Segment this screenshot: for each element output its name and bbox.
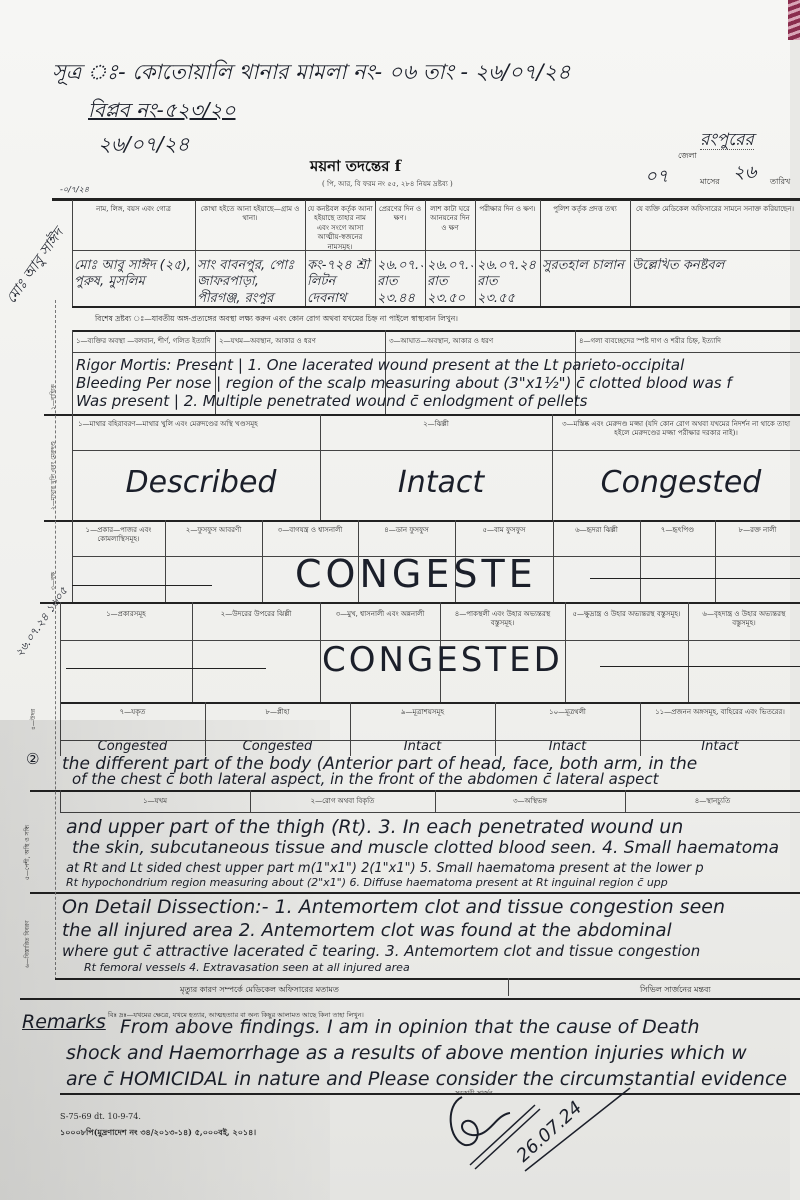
table-column-divider [72, 200, 73, 306]
divider [60, 640, 800, 641]
dash-line [66, 668, 266, 669]
print-order: ১০০০৮পি(মুদ্রণাদেশ নং ৩৪/২০১৩-১৪) ৫,০০০ব… [60, 1127, 256, 1140]
column-divider [553, 520, 554, 602]
divider [20, 998, 800, 1000]
handwritten-line: From above findings. I am in opinion tha… [120, 1018, 700, 1037]
section-header-cell: ১—যখম [60, 797, 250, 806]
section-header-cell: ২—রোগ অথবা বিকৃতি [250, 797, 435, 806]
section-header-cell: ১০—মূত্রথলী [497, 708, 638, 717]
section-header-cell: ৯—মূত্রাশয়সমূহ [352, 708, 493, 717]
section-side-label: ৬—বিস্তারিত বিবরণ [22, 920, 33, 968]
table-cell: উল্লেখিত কনষ্টবল [632, 258, 798, 304]
table-cell: সাং বাবনপুর, পোঃ জাফরপাড়া, পীরগঞ্জ, রংপ… [197, 258, 303, 304]
column-divider [205, 702, 206, 756]
table-header-cell: নাম, লিঙ্গ, বয়স এবং গোত্র [74, 205, 193, 214]
section-side-label: ১—বাহ্যিক [48, 384, 59, 410]
column-divider [320, 414, 321, 520]
column-divider [350, 702, 351, 756]
handwritten-line: On Detail Dissection:- 1. Antemortem clo… [62, 898, 725, 917]
handwritten-line: are c̄ HOMICIDAL in nature and Please co… [66, 1070, 787, 1089]
handwritten-line: shock and Haemorrhage as a results of ab… [66, 1044, 747, 1063]
page-subtitle: ( পি, আর, বি ফরম নং ৫৫, ২৮৪ নিয়ম দ্রষ্ট… [322, 178, 453, 190]
section-side-label: ২—মাথার খুলি এবং মেরুদণ্ড [48, 441, 59, 510]
dash-line [590, 578, 800, 579]
section-header-cell: ২—উদরের উপরের ঝিল্লী [194, 610, 318, 619]
divider [60, 740, 800, 741]
finding-value: Intact [340, 468, 542, 498]
section-header-cell: ৪—ডান ফুসফুস [360, 526, 453, 535]
divider [72, 250, 800, 251]
section-header-cell: ৭—হৃৎপিণ্ড [642, 526, 713, 535]
section-header-cell: ১১—প্রজনন অঙ্গসমূহ, বাহিরের এবং ভিতরের। [642, 708, 798, 717]
table-column-divider [195, 200, 196, 306]
divider [72, 352, 800, 353]
section-header-cell: ২—ঝিল্লী [326, 420, 546, 429]
special-note: বিশেষ দ্রষ্টব্য ঃ—যাবতীয় অঙ্গ-প্রত্যঙ্গ… [95, 314, 458, 326]
column-divider [72, 414, 73, 520]
finding-value: Intact [360, 740, 485, 753]
section-header-cell: ১—ব্যক্তির অবস্থা —বলবান, শীর্ণ, গলিত ইত… [76, 337, 211, 346]
divider [52, 198, 800, 201]
section-header-cell: ৩—মুখ, শ্বাসনালী এবং অন্ননালী [322, 610, 438, 619]
divider [72, 556, 800, 557]
section-header-cell: ৪—গলা ব্যবচ্ছেদের স্পষ্ট দাগ ও শরীর চিহ্… [579, 337, 796, 346]
finding-value: Described [92, 468, 310, 498]
column-divider [72, 520, 73, 602]
day-value: ২৬ [733, 164, 756, 182]
remarks-label: Remarks [22, 1013, 106, 1032]
divider [44, 520, 800, 522]
section-header-cell: ৫—ক্ষুদ্রান্ত্র ও উহার অভ্যন্তরস্থ বস্তু… [567, 610, 686, 619]
finding-value: Congested [215, 740, 340, 753]
district-label: জেলা [678, 150, 697, 163]
handwritten-line: Was present | 2. Multiple penetrated wou… [76, 394, 587, 409]
section-header-cell: ১—মাথার বহিরাবরণ—মাথার খুলি এবং মেরুদণ্ড… [78, 420, 314, 429]
finding-value: Congested [572, 468, 790, 498]
handwritten-line: and upper part of the thigh (Rt). 3. In … [66, 818, 683, 837]
handwritten-line: of the chest c̄ both lateral aspect, in … [72, 772, 659, 787]
handwritten-line: where gut c̄ attractive lacerated c̄ tea… [62, 944, 700, 959]
register-date: ২৬/০৭/২৪ [98, 134, 189, 154]
divider [508, 978, 509, 996]
section-header-cell: ১—প্রকার—পাজর এবং কোমলাস্থিসমূহ। [74, 526, 163, 545]
handwritten-line: Rigor Mortis: Present | 1. One lacerated… [76, 358, 684, 373]
table-column-divider [630, 200, 631, 306]
case-reference-line: সূত্র ঃ- কোতোয়ালি থানার মামলা নং- ০৬ তা… [52, 62, 571, 83]
table-cell: ২৬.০৭.২৪ রাত ২৩.৫০ [427, 258, 473, 304]
table-header-cell: পরীক্ষার দিন ও ক্ষণ। [477, 205, 538, 214]
column-divider [72, 330, 73, 414]
form-code: S-75-69 dt. 10-9-74. [60, 1112, 141, 1121]
table-column-divider [540, 200, 541, 306]
divider [40, 602, 800, 604]
column-divider [640, 520, 641, 602]
finding-value: CONGESTE [295, 555, 537, 593]
finding-value: Intact [505, 740, 630, 753]
column-divider [715, 520, 716, 602]
section-header-cell: ৪—পাকস্থলী এবং উহার অভ্যন্তরস্থ বস্তুসমূ… [442, 610, 563, 629]
handwritten-line: Rt hypochondrium region measuring about … [66, 877, 668, 888]
section-header-cell: ৮—প্লীহা [207, 708, 348, 717]
column-divider [495, 702, 496, 756]
column-divider [565, 602, 566, 702]
section-header-cell: ৬—হৃদরা ঝিল্লী [555, 526, 638, 535]
column-divider [60, 702, 61, 756]
table-column-divider [305, 200, 306, 306]
section-header-cell: ৬—বৃহদান্ত্র ও উহার অভ্যন্তরস্থ বস্তুসমূ… [690, 610, 798, 629]
day-label: তারিখ [770, 176, 790, 189]
table-column-divider [375, 200, 376, 306]
table-header-cell: যে ব্যক্তি মেডিকেল অফিসারের সামনে সনাক্ত… [632, 205, 798, 214]
finding-value: Congested [70, 740, 195, 753]
district-value: রংপুরের [700, 132, 754, 150]
column-divider [320, 602, 321, 702]
opinion-header-right: সিভিল সার্জনের মন্তব্য [640, 984, 711, 997]
section-header-cell: ২—ফুসফুস আবরণী [167, 526, 260, 535]
page-title: ময়না তদন্তের f [310, 155, 401, 180]
table-header-cell: কোথা হইতে আনা হইয়াছে—গ্রাম ও থানা। [197, 205, 303, 224]
divider [60, 702, 800, 704]
table-column-divider [425, 200, 426, 306]
section-header-cell: ৫—বাম ফুসফুস [457, 526, 551, 535]
column-divider [640, 702, 641, 756]
divider [60, 812, 800, 813]
section-header-cell: ৩—আঘাত—অবস্থান, আকার ও ধরণ [389, 337, 571, 346]
column-divider [192, 602, 193, 702]
column-divider [552, 414, 553, 520]
column-divider [165, 520, 166, 602]
table-cell: ২৬.০৭.২৪ রাত ২৩.৫৫ [477, 258, 538, 304]
divider [55, 978, 800, 980]
divider [72, 306, 800, 308]
table-cell: কং-৭২৪ শ্রী লিটন দেবনাথ [307, 258, 373, 304]
handwritten-line: Rt femoral vessels 4. Extravasation seen… [84, 962, 410, 973]
month-label: মাসের [700, 176, 720, 189]
section-side-label: ৪—উদর [28, 709, 39, 730]
section-header-cell: ৪—স্থানচ্যুতি [625, 797, 800, 806]
section-header-cell: ৩—মস্তিষ্ক এবং মেরুদণ্ড মজ্জা (যদি কোন র… [558, 420, 794, 439]
finding-value: Intact [650, 740, 790, 753]
column-divider [688, 602, 689, 702]
divider [30, 790, 800, 792]
handwritten-line: at Rt and Lt sided chest upper part m(1"… [66, 862, 704, 875]
dash-line [600, 666, 800, 667]
handwritten-line: Bleeding Per nose | region of the scalp … [76, 376, 732, 391]
table-cell: মোঃ আবু সাঈদ (২৫), পুরুষ, মুসলিম [74, 258, 193, 304]
opinion-header-left: মৃত্যুর কারণ সম্পর্কে মেডিকেল অফিসারের ম… [180, 984, 339, 997]
section-header-cell: ৭—যকৃত [62, 708, 203, 717]
section-header-cell: ৩—বাগযন্ত্র ও শ্বাসনালী [264, 526, 356, 535]
section-header-cell: ৮—রক্ত নালী [717, 526, 798, 535]
background-fabric [788, 0, 800, 40]
divider [30, 892, 800, 894]
column-divider [262, 520, 263, 602]
table-cell: সুরতহাল চালান [542, 258, 628, 304]
month-value: ০৭ [645, 168, 668, 186]
handwritten-line: the all injured area 2. Antemortem clot … [62, 922, 672, 940]
table-header-cell: লাশ কাটা ঘরে আনয়নের দিন ও ক্ষণ [427, 205, 473, 233]
divider [72, 330, 800, 332]
table-header-cell: যে কনষ্টবল কর্তৃক আনা হইয়াছে তাহার নাম … [307, 205, 373, 252]
dash-line [72, 585, 212, 586]
handwritten-line: the skin, subcutaneous tissue and muscle… [72, 840, 779, 857]
left-margin-date: -০/৭/২৪ [60, 186, 89, 194]
register-number: বিপ্লব নং-৫২৩/২০ [88, 100, 236, 120]
continuation-marker: ② [26, 752, 39, 767]
section-header-cell: ১—প্রকারসমূহ [62, 610, 190, 619]
section-side-label: ৫—পেশী, অস্থি ও সন্ধি [22, 825, 33, 880]
finding-value: CONGESTED [322, 643, 563, 677]
divider [60, 1093, 800, 1095]
table-cell: ২৬.০৭.২৪ রাত ২৩.৪৪ [377, 258, 423, 304]
margin-rule [55, 300, 56, 980]
section-header-cell: ২—যখম—অবস্থান, আকার ও ধরণ [219, 337, 381, 346]
section-header-cell: ৩—অস্থিভঙ্গ [435, 797, 625, 806]
column-divider [60, 602, 61, 702]
table-column-divider [475, 200, 476, 306]
table-header-cell: পুলিশ কর্তৃক প্রদত্ত তথ্য [542, 205, 628, 214]
divider [72, 450, 800, 451]
table-header-cell: প্রেরণের দিন ও ক্ষণ। [377, 205, 423, 224]
divider [44, 414, 800, 416]
